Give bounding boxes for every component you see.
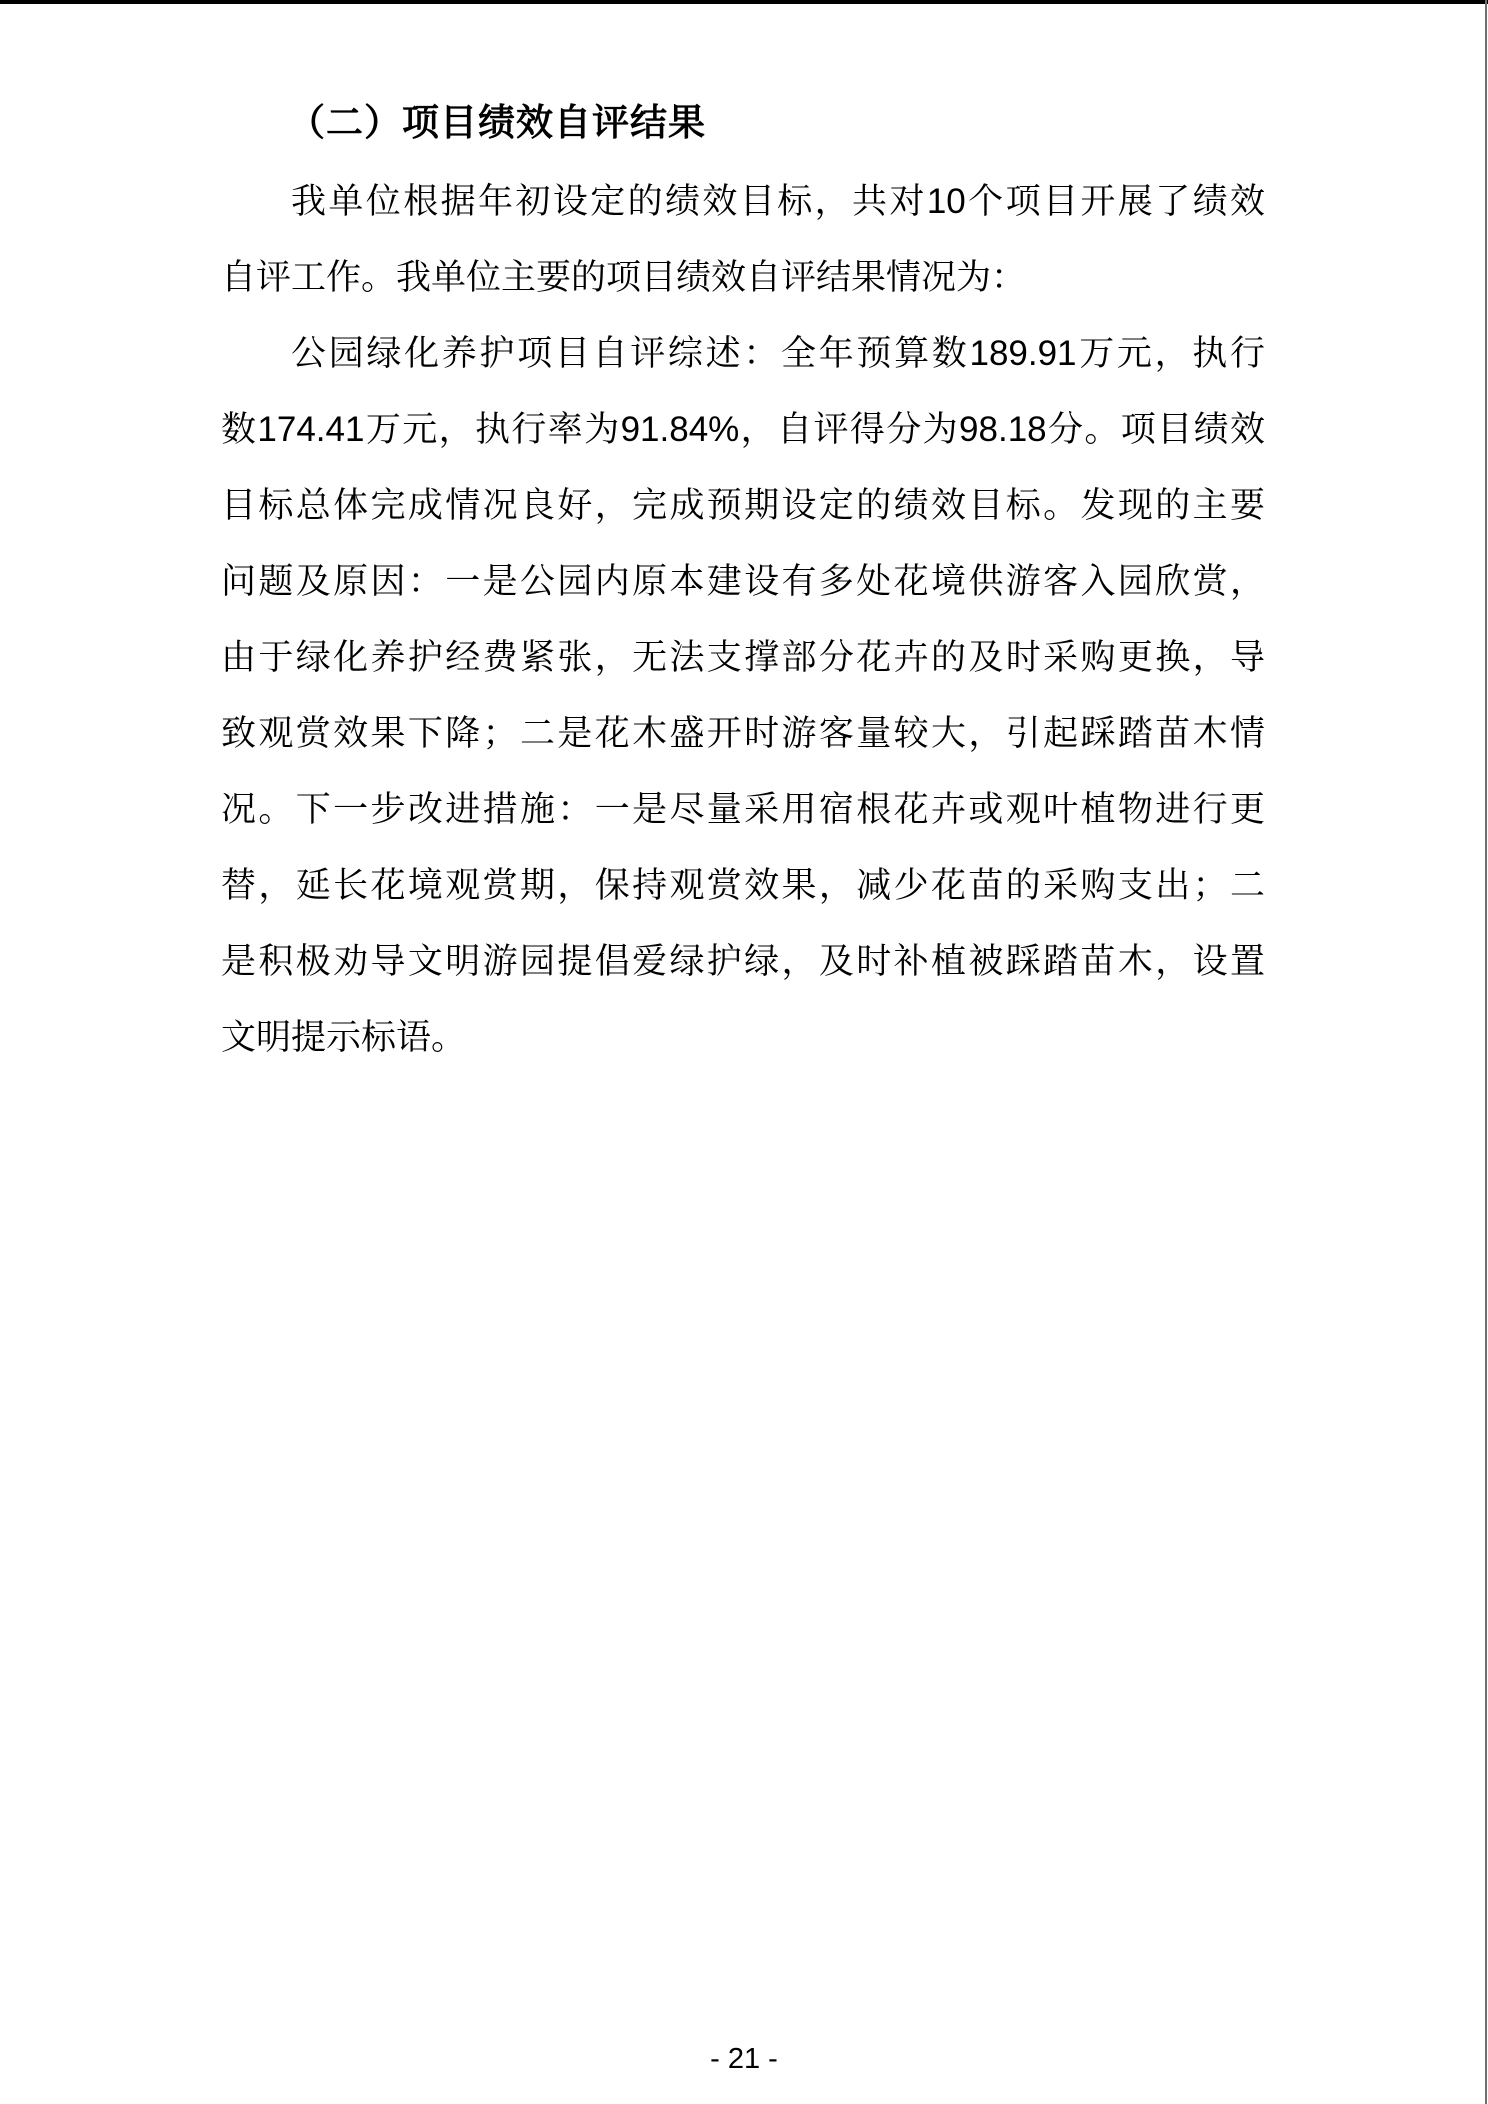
text-line: 致观赏效果下降；二是花木盛开时游客量较大，引起踩踏苗木情 bbox=[221, 696, 1265, 772]
text-line: 由于绿化养护经费紧张，无法支撑部分花卉的及时采购更换，导 bbox=[221, 620, 1265, 696]
section-heading: （二）项目绩效自评结果 bbox=[288, 96, 706, 150]
document-body: 我单位根据年初设定的绩效目标，共对10个项目开展了绩效 自评工作。我单位主要的项… bbox=[221, 164, 1265, 1076]
text-line: 问题及原因：一是公园内原本建设有多处花境供游客入园欣赏， bbox=[221, 544, 1265, 620]
text-line: 文明提示标语。 bbox=[221, 1000, 1265, 1076]
page-right-border bbox=[1485, 0, 1487, 2104]
text-line: 况。下一步改进措施：一是尽量采用宿根花卉或观叶植物进行更 bbox=[221, 772, 1265, 848]
text-line: 我单位根据年初设定的绩效目标，共对10个项目开展了绩效 bbox=[221, 164, 1265, 240]
text-line: 是积极劝导文明游园提倡爱绿护绿，及时补植被踩踏苗木，设置 bbox=[221, 924, 1265, 1000]
text-line: 公园绿化养护项目自评综述：全年预算数189.91万元，执行 bbox=[221, 316, 1265, 392]
text-line: 目标总体完成情况良好，完成预期设定的绩效目标。发现的主要 bbox=[221, 468, 1265, 544]
text-line: 自评工作。我单位主要的项目绩效自评结果情况为： bbox=[221, 240, 1265, 316]
document-page: （二）项目绩效自评结果 我单位根据年初设定的绩效目标，共对10个项目开展了绩效 … bbox=[0, 0, 1488, 2104]
text-line: 数174.41万元，执行率为91.84%，自评得分为98.18分。项目绩效 bbox=[221, 392, 1265, 468]
page-number: - 21 - bbox=[0, 2038, 1488, 2080]
text-line: 替，延长花境观赏期，保持观赏效果，减少花苗的采购支出；二 bbox=[221, 848, 1265, 924]
page-top-border bbox=[0, 0, 1488, 4]
